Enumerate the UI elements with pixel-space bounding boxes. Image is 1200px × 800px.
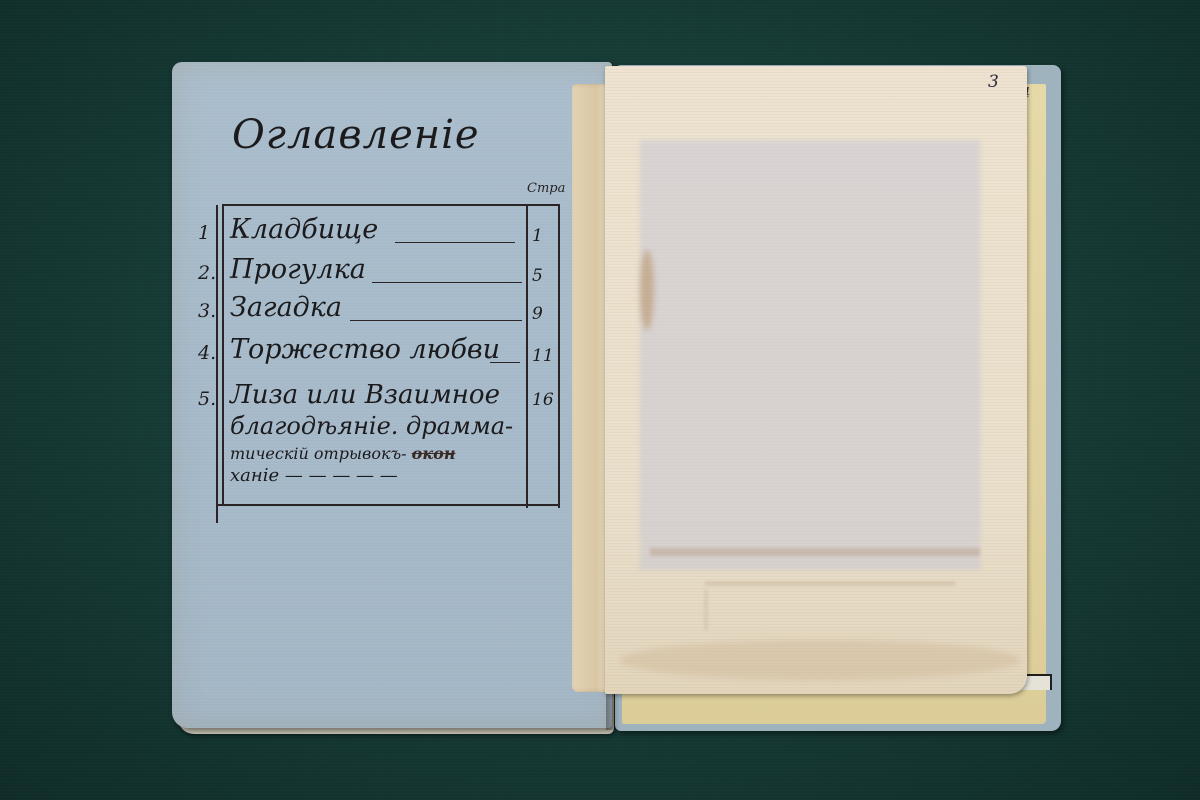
- dotted-leader: [350, 320, 522, 321]
- entry-page: 5: [532, 266, 543, 286]
- entry-number: 5.: [198, 388, 222, 410]
- toc-entry-2: 2. Прогулка 5: [190, 252, 570, 292]
- page-title: Оглавленіе: [232, 112, 480, 158]
- entry-page: 16: [532, 390, 554, 410]
- dotted-leader: [490, 362, 520, 363]
- ghost-print-area: [640, 140, 980, 570]
- entry-title-line-3-text: тическій отрывокъ-: [230, 444, 407, 463]
- page-column-header: Стра: [527, 181, 565, 196]
- struck-text: окон: [412, 444, 456, 463]
- toc-entry-4: 4. Торжество любви 11: [190, 332, 570, 372]
- entry-number: 1: [198, 222, 222, 244]
- dotted-leader: [372, 282, 522, 283]
- entry-title-line-3: тическій отрывокъ- окон: [230, 444, 530, 463]
- entry-title-line-1: Лиза или Взаимное: [230, 380, 530, 410]
- entry-title: Прогулка: [230, 254, 366, 285]
- toc-entry-5-title: Лиза или Взаимное благодѣяніе. драмма- т…: [230, 380, 530, 486]
- entry-number: 4.: [198, 342, 222, 364]
- entry-page: 1: [532, 226, 543, 246]
- entry-page: 11: [532, 346, 554, 366]
- toc-entry-3: 3. Загадка 9: [190, 290, 570, 330]
- toc-entry-1: 1 Кладбище 1: [190, 212, 570, 252]
- foxing-stain: [620, 640, 1020, 680]
- offset-stain-line: [705, 582, 955, 585]
- page-number-front: 3: [988, 72, 999, 92]
- entry-number: 2.: [198, 262, 222, 284]
- entry-title-line-4: ханіе — — — — —: [230, 465, 530, 486]
- foxing-stain: [640, 250, 654, 330]
- entry-title: Загадка: [230, 292, 342, 323]
- entry-title-line-4-text: ханіе: [230, 465, 279, 486]
- entry-page: 9: [532, 304, 543, 324]
- entry-title: Кладбище: [230, 214, 378, 245]
- entry-number: 3.: [198, 300, 222, 322]
- entry-title: Торжество любви: [230, 334, 500, 365]
- dotted-leader: [395, 242, 515, 243]
- entry-title-line-2: благодѣяніе. драмма-: [230, 412, 530, 440]
- table-bottom-rule: [218, 504, 558, 506]
- offset-stain-line: [705, 590, 707, 630]
- offset-stain-line: [650, 548, 980, 556]
